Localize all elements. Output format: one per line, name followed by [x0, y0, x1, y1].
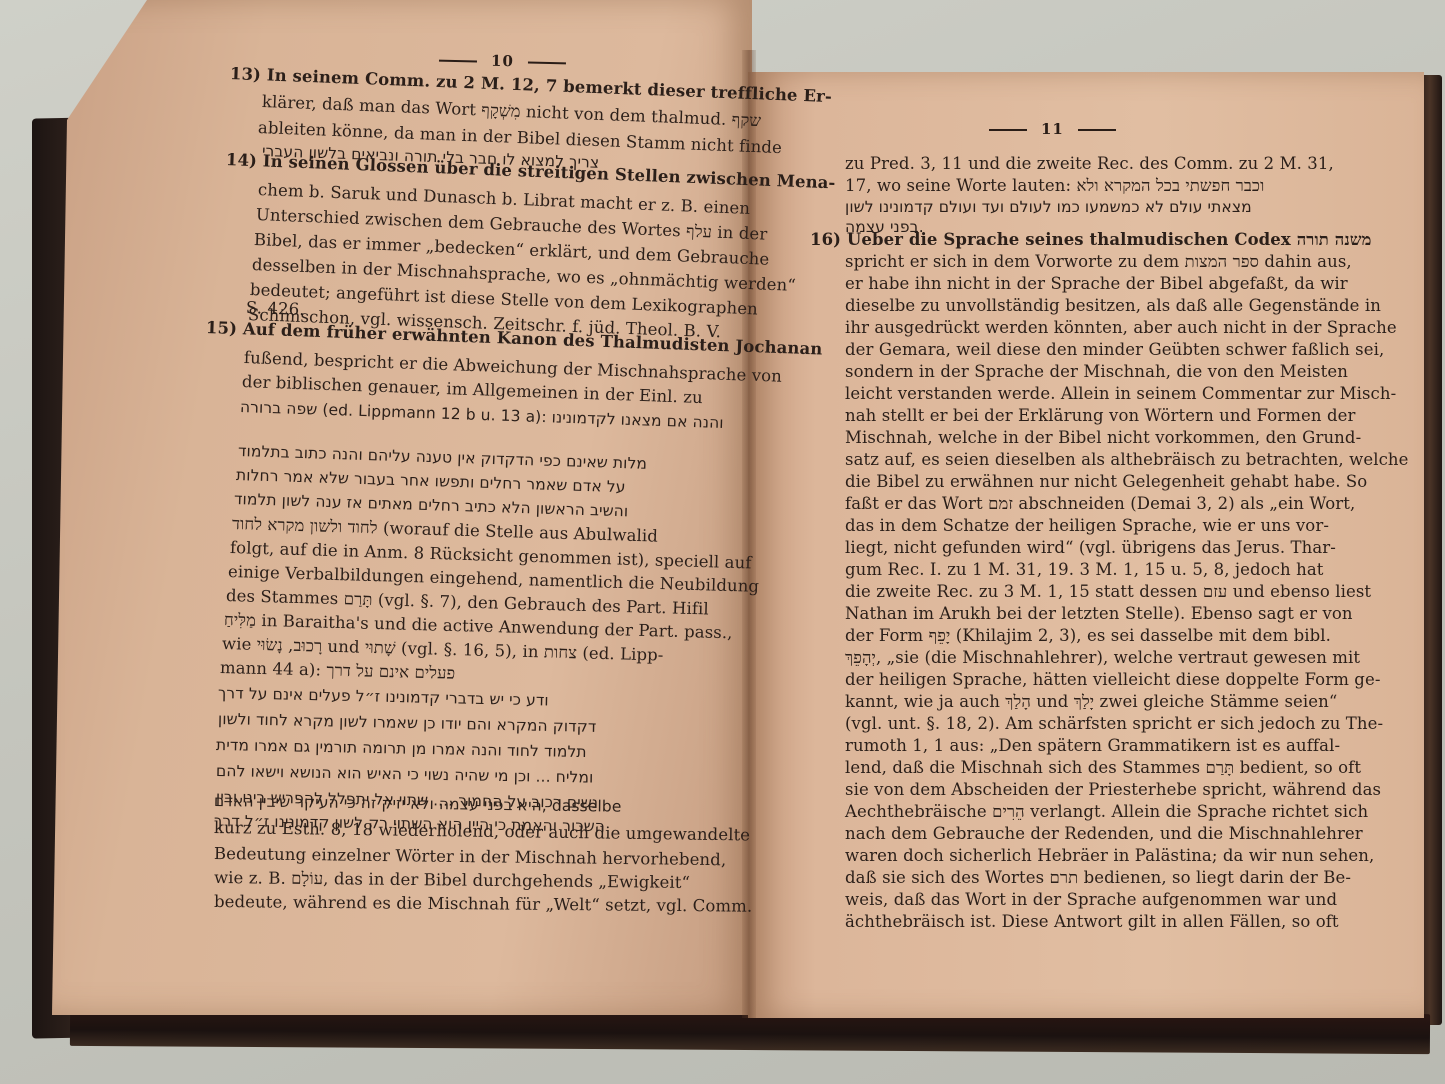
text-line: faßt er das Wort זמם abschneiden (Demai … — [845, 494, 1355, 514]
text-line: der Form יָפֵף (Khilajim 2, 3), es sei d… — [845, 626, 1331, 646]
right-page-number: 11 — [975, 120, 1130, 138]
text-line: liegt, nicht gefunden wird“ (vgl. übrige… — [845, 538, 1336, 557]
text-line: nach dem Gebrauche der Redenden, und die… — [845, 824, 1363, 843]
text-line: weis, daß das Wort in der Sprache aufgen… — [845, 890, 1337, 909]
text-line: sie von dem Abscheiden der Priesterhebe … — [845, 780, 1381, 799]
text-line: leicht verstanden werde. Allein in seine… — [845, 384, 1396, 403]
text-line: 17, wo seine Worte lauten: וכבר חפשתי בכ… — [845, 176, 1264, 196]
text-line: Aechthebräische הֵרִים verlangt. Allein … — [845, 802, 1368, 822]
right-page-number-text: 11 — [1041, 120, 1064, 138]
text-line: יְהָפֵךְ, „sie (die Mischnahlehrer), wel… — [845, 648, 1360, 668]
text-line: er habe ihn nicht in der Sprache der Bib… — [845, 274, 1348, 293]
text-line: ihr ausgedrückt werden könnten, aber auc… — [845, 318, 1397, 337]
book-photo: 10 11 13) In seinem Comm. zu 2 M. 12, 7 … — [0, 0, 1445, 1084]
left-page-number: 10 — [425, 50, 580, 71]
text-line: daß sie sich des Wortes תרם bedienen, so… — [845, 868, 1351, 888]
text-line: die Bibel zu erwähnen nur nicht Gelegenh… — [845, 472, 1367, 491]
text-line: sondern in der Sprache der Mischnah, die… — [845, 362, 1348, 381]
text-line: der Gemara, weil diese den minder Geübte… — [845, 340, 1384, 359]
text-line: zu Pred. 3, 11 und die zweite Rec. des C… — [845, 154, 1334, 173]
text-line: dieselbe zu unvollständig besitzen, als … — [845, 296, 1381, 315]
text-line: die zweite Rec. zu 3 M. 1, 15 statt dess… — [845, 582, 1371, 602]
text-line: das in dem Schatze der heiligen Sprache,… — [845, 516, 1329, 535]
text-line: rumoth 1, 1 aus: „Den spätern Grammatike… — [845, 736, 1340, 755]
text-line: ächthebräisch ist. Diese Antwort gilt in… — [845, 912, 1339, 931]
text-line: 16) Ueber die Sprache seines thalmudisch… — [810, 230, 1372, 250]
left-page-number-text: 10 — [491, 52, 514, 70]
text-line: lend, daß die Mischnah sich des Stammes … — [845, 758, 1361, 778]
text-line: der heiligen Sprache, hätten vielleicht … — [845, 670, 1381, 689]
text-line: satz auf, es seien dieselben als althebr… — [845, 450, 1409, 469]
text-line: gum Rec. I. zu 1 M. 31, 19. 3 M. 1, 15 u… — [845, 560, 1324, 579]
text-line: kannt, wie ja auch הָלַךְ und יָלַךְ zwe… — [845, 692, 1337, 712]
text-line-hebrew: מצאתי עולם לא כמשמעו כמו לעולם ועד ועולם… — [845, 198, 1252, 216]
text-line: Mischnah, welche in der Bibel nicht vork… — [845, 428, 1361, 447]
book-gutter — [742, 50, 756, 1018]
text-line: S. 426. — [246, 298, 305, 319]
text-line: (vgl. unt. §. 18, 2). Am schärfsten spri… — [845, 714, 1383, 733]
text-line: waren doch sicherlich Hebräer in Palästi… — [845, 846, 1374, 865]
text-line: nah stellt er bei der Erklärung von Wört… — [845, 406, 1356, 425]
text-line: Nathan im Arukh bei der letzten Stelle).… — [845, 604, 1353, 623]
text-line: spricht er sich in dem Vorworte zu dem ס… — [845, 252, 1352, 272]
